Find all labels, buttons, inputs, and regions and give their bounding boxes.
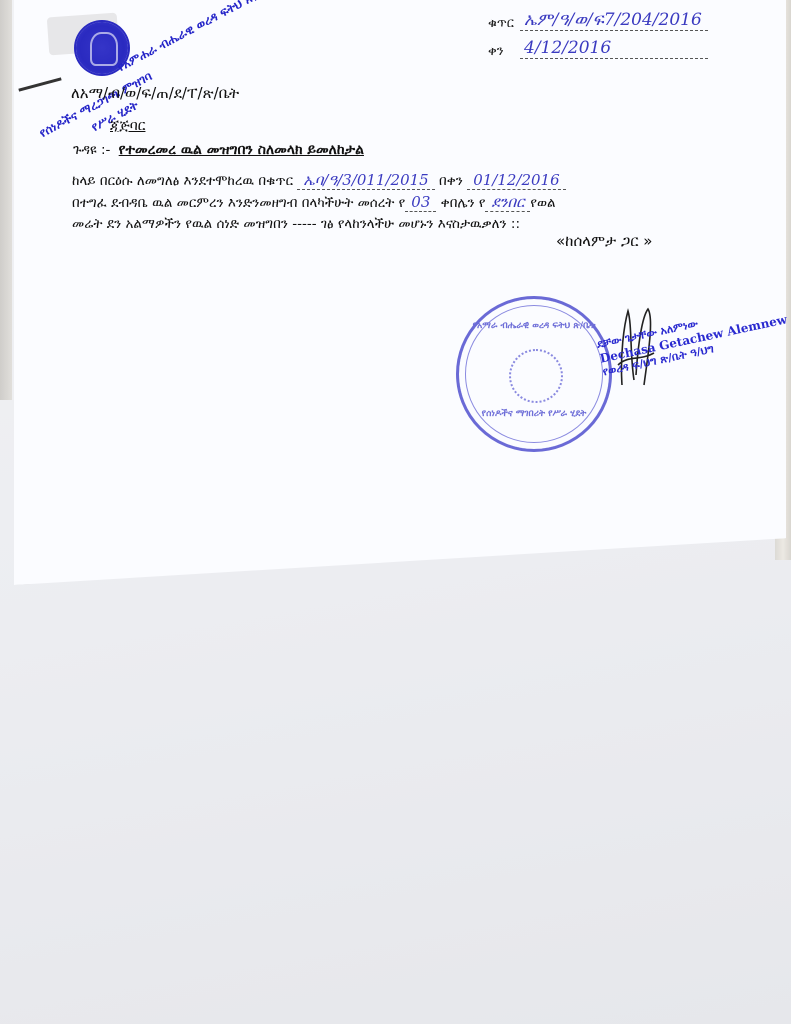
subject-title: የተመረመረ ዉል መዝግበን ስለመላክ ይመለከታል	[119, 142, 364, 158]
reference-date-row: ቀን 4/12/2016	[488, 31, 708, 59]
reference-number-row: ቁጥር ኤም/ዓ/ወ/ፍ7/204/2016	[488, 3, 708, 31]
letter-body: ከላይ በርዕሱ ለመግለፅ እንደተሞከረዉ በቁጥር ኤባ/ዓ/3/011/…	[72, 170, 692, 235]
closing-salutation: «ከሰላምታ ጋር »	[556, 232, 653, 250]
subject-label: ጉዳዩ :-	[73, 142, 110, 158]
reference-number-value: ኤም/ዓ/ወ/ፍ7/204/2016	[520, 10, 708, 31]
stamp-emblem-icon	[509, 349, 563, 403]
body-date-label: በቀን	[439, 173, 463, 189]
body-line-1: ከላይ በርዕሱ ለመግለፅ እንደተሞከረዉ በቁጥር ኤባ/ዓ/3/011/…	[72, 170, 692, 192]
subject-line: ጉዳዩ :- የተመረመረ ዉል መዝግበን ስለመላክ ይመለከታል	[73, 142, 364, 158]
body-line-2: በተግፈ ደብዳቤ ዉል መርምረን እንድንመዘግብ በላካችሁት መሰረት …	[72, 192, 692, 214]
paper-edge	[0, 0, 12, 400]
stamp-bottom-text: የሰነዶችና ማገበሪት የሥራ ሂደት	[459, 409, 609, 419]
body-line2-middle: ቀበሌን የ	[441, 195, 486, 211]
handwritten-count: 03	[405, 193, 436, 212]
reference-date-value: 4/12/2016	[520, 38, 708, 59]
reference-number-label: ቁጥር	[488, 16, 520, 31]
reference-block: ቁጥር ኤም/ዓ/ወ/ፍ7/204/2016 ቀን 4/12/2016	[488, 3, 708, 59]
stamp-top-text: የአማራ ብሔራዊ ወረዳ ፍትህ ጽ/ቤት	[459, 321, 609, 331]
body-line2-text: በተግፈ ደብዳቤ ዉል መርምረን እንድንመዘግብ በላካችሁት መሰረት …	[72, 195, 405, 211]
body-line1-text: ከላይ በርዕሱ ለመግለፅ እንደተሞከረዉ በቁጥር	[72, 173, 293, 189]
greeting: ጃጅባር	[110, 118, 145, 134]
body-line2-suffix: የወል	[530, 195, 555, 211]
recipient: ለአማ/ብ/ወ/ፍ/ጠ/ደ/ፐ/ጽ/ቤት	[71, 84, 239, 102]
handwritten-reference: ኤባ/ዓ/3/011/2015	[297, 171, 434, 190]
handwritten-date: 01/12/2016	[467, 171, 565, 190]
official-round-stamp: የአማራ ብሔራዊ ወረዳ ፍትህ ጽ/ቤት የሰነዶችና ማገበሪት የሥራ …	[456, 296, 612, 452]
handwritten-kebele-name: ደንበር	[485, 193, 530, 212]
reference-date-label: ቀን	[488, 44, 520, 59]
